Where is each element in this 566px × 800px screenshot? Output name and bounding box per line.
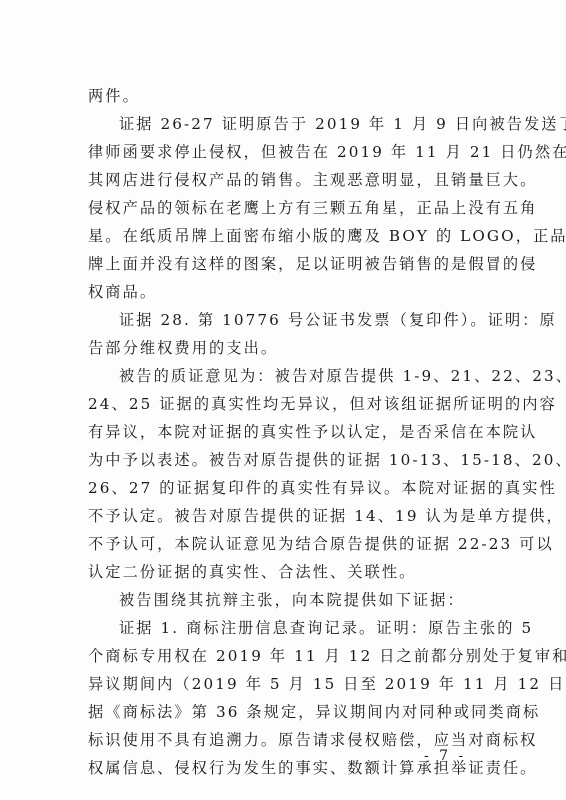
text-line: 证据 1. 商标注册信息查询记录。证明：原告主张的 5: [88, 614, 478, 642]
text-line: 侵权产品的领标在老鹰上方有三颗五角星，正品上没有五角: [88, 194, 478, 222]
document-body: 两件。 证据 26-27 证明原告于 2019 年 1 月 9 日向被告发送了 …: [88, 82, 478, 782]
text-line: 不予认可，本院认证意见为结合原告提供的证据 22-23 可以: [88, 530, 478, 558]
text-line: 异议期间内（2019 年 5 月 15 日至 2019 年 11 月 12 日）…: [88, 670, 478, 698]
text-line: 其网店进行侵权产品的销售。主观恶意明显，且销量巨大。: [88, 166, 478, 194]
text-line: 据《商标法》第 36 条规定，异议期间内对同种或同类商标: [88, 698, 478, 726]
text-line: 认定二份证据的真实性、合法性、关联性。: [88, 558, 478, 586]
text-line: 两件。: [88, 82, 478, 110]
document-page: 两件。 证据 26-27 证明原告于 2019 年 1 月 9 日向被告发送了 …: [0, 0, 566, 800]
text-line: 证据 26-27 证明原告于 2019 年 1 月 9 日向被告发送了: [88, 110, 478, 138]
text-line: 告部分维权费用的支出。: [88, 334, 478, 362]
page-number: - 7 -: [424, 748, 466, 764]
text-line: 被告的质证意见为：被告对原告提供 1-9、21、22、23、: [88, 362, 478, 390]
text-line: 标识使用不具有追溯力。原告请求侵权赔偿，应当对商标权: [88, 726, 478, 754]
text-line: 证据 28. 第 10776 号公证书发票（复印件）。证明：原: [88, 306, 478, 334]
text-line: 24、25 证据的真实性均无异议，但对该组证据所证明的内容: [88, 390, 478, 418]
text-line: 星。在纸质吊牌上面密布缩小版的鹰及 BOY 的 LOGO，正品吊: [88, 222, 478, 250]
text-line: 被告围绕其抗辩主张，向本院提供如下证据：: [88, 586, 478, 614]
text-line: 不予认定。被告对原告提供的证据 14、19 认为是单方提供，: [88, 502, 478, 530]
text-line: 权属信息、侵权行为发生的事实、数额计算承担举证责任。: [88, 754, 478, 782]
text-line: 为中予以表述。被告对原告提供的证据 10-13、15-18、20、: [88, 446, 478, 474]
text-line: 权商品。: [88, 278, 478, 306]
text-line: 26、27 的证据复印件的真实性有异议。本院对证据的真实性: [88, 474, 478, 502]
text-line: 个商标专用权在 2019 年 11 月 12 日之前都分别处于复审和: [88, 642, 478, 670]
text-line: 有异议，本院对证据的真实性予以认定，是否采信在本院认: [88, 418, 478, 446]
text-line: 律师函要求停止侵权，但被告在 2019 年 11 月 21 日仍然在: [88, 138, 478, 166]
text-line: 牌上面并没有这样的图案，足以证明被告销售的是假冒的侵: [88, 250, 478, 278]
